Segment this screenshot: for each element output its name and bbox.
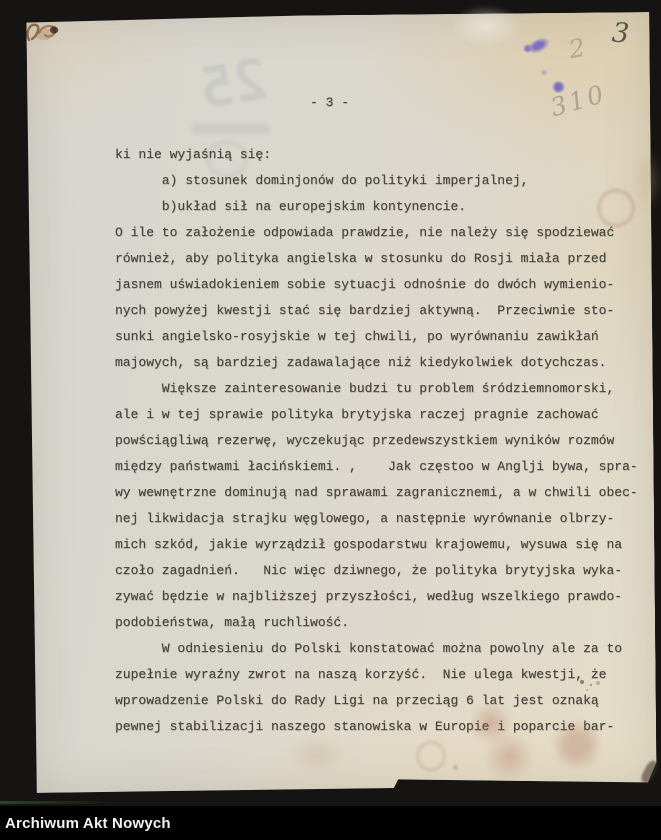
footer-accent-line [0, 801, 115, 804]
purple-ink-stain-small [523, 44, 532, 53]
archive-name-label: Archiwum Akt Nowych [0, 815, 171, 832]
pencil-faint-number: 2 [567, 33, 588, 64]
pencil-page-number: 3 [611, 17, 630, 49]
scan-overlay: 25 - 3 - ki nie wyjaśnią się: a) stosune… [0, 0, 661, 840]
purple-ink-dot [541, 69, 547, 76]
corner-damage [639, 759, 660, 785]
bottom-center-stain [288, 736, 346, 772]
bottom-center-ring [416, 740, 446, 772]
viewer-caption-bar: Archiwum Akt Nowych [0, 806, 661, 840]
rust-mark [22, 18, 68, 50]
archive-viewer: 25 - 3 - ki nie wyjaśnią się: a) stosune… [0, 0, 661, 840]
purple-ink-stain [525, 35, 551, 57]
paper-light-spot [450, 5, 522, 47]
typed-text-block: - 3 - ki nie wyjaśnią się: a) stosunek d… [115, 90, 638, 740]
bottom-center-dot [452, 764, 459, 771]
